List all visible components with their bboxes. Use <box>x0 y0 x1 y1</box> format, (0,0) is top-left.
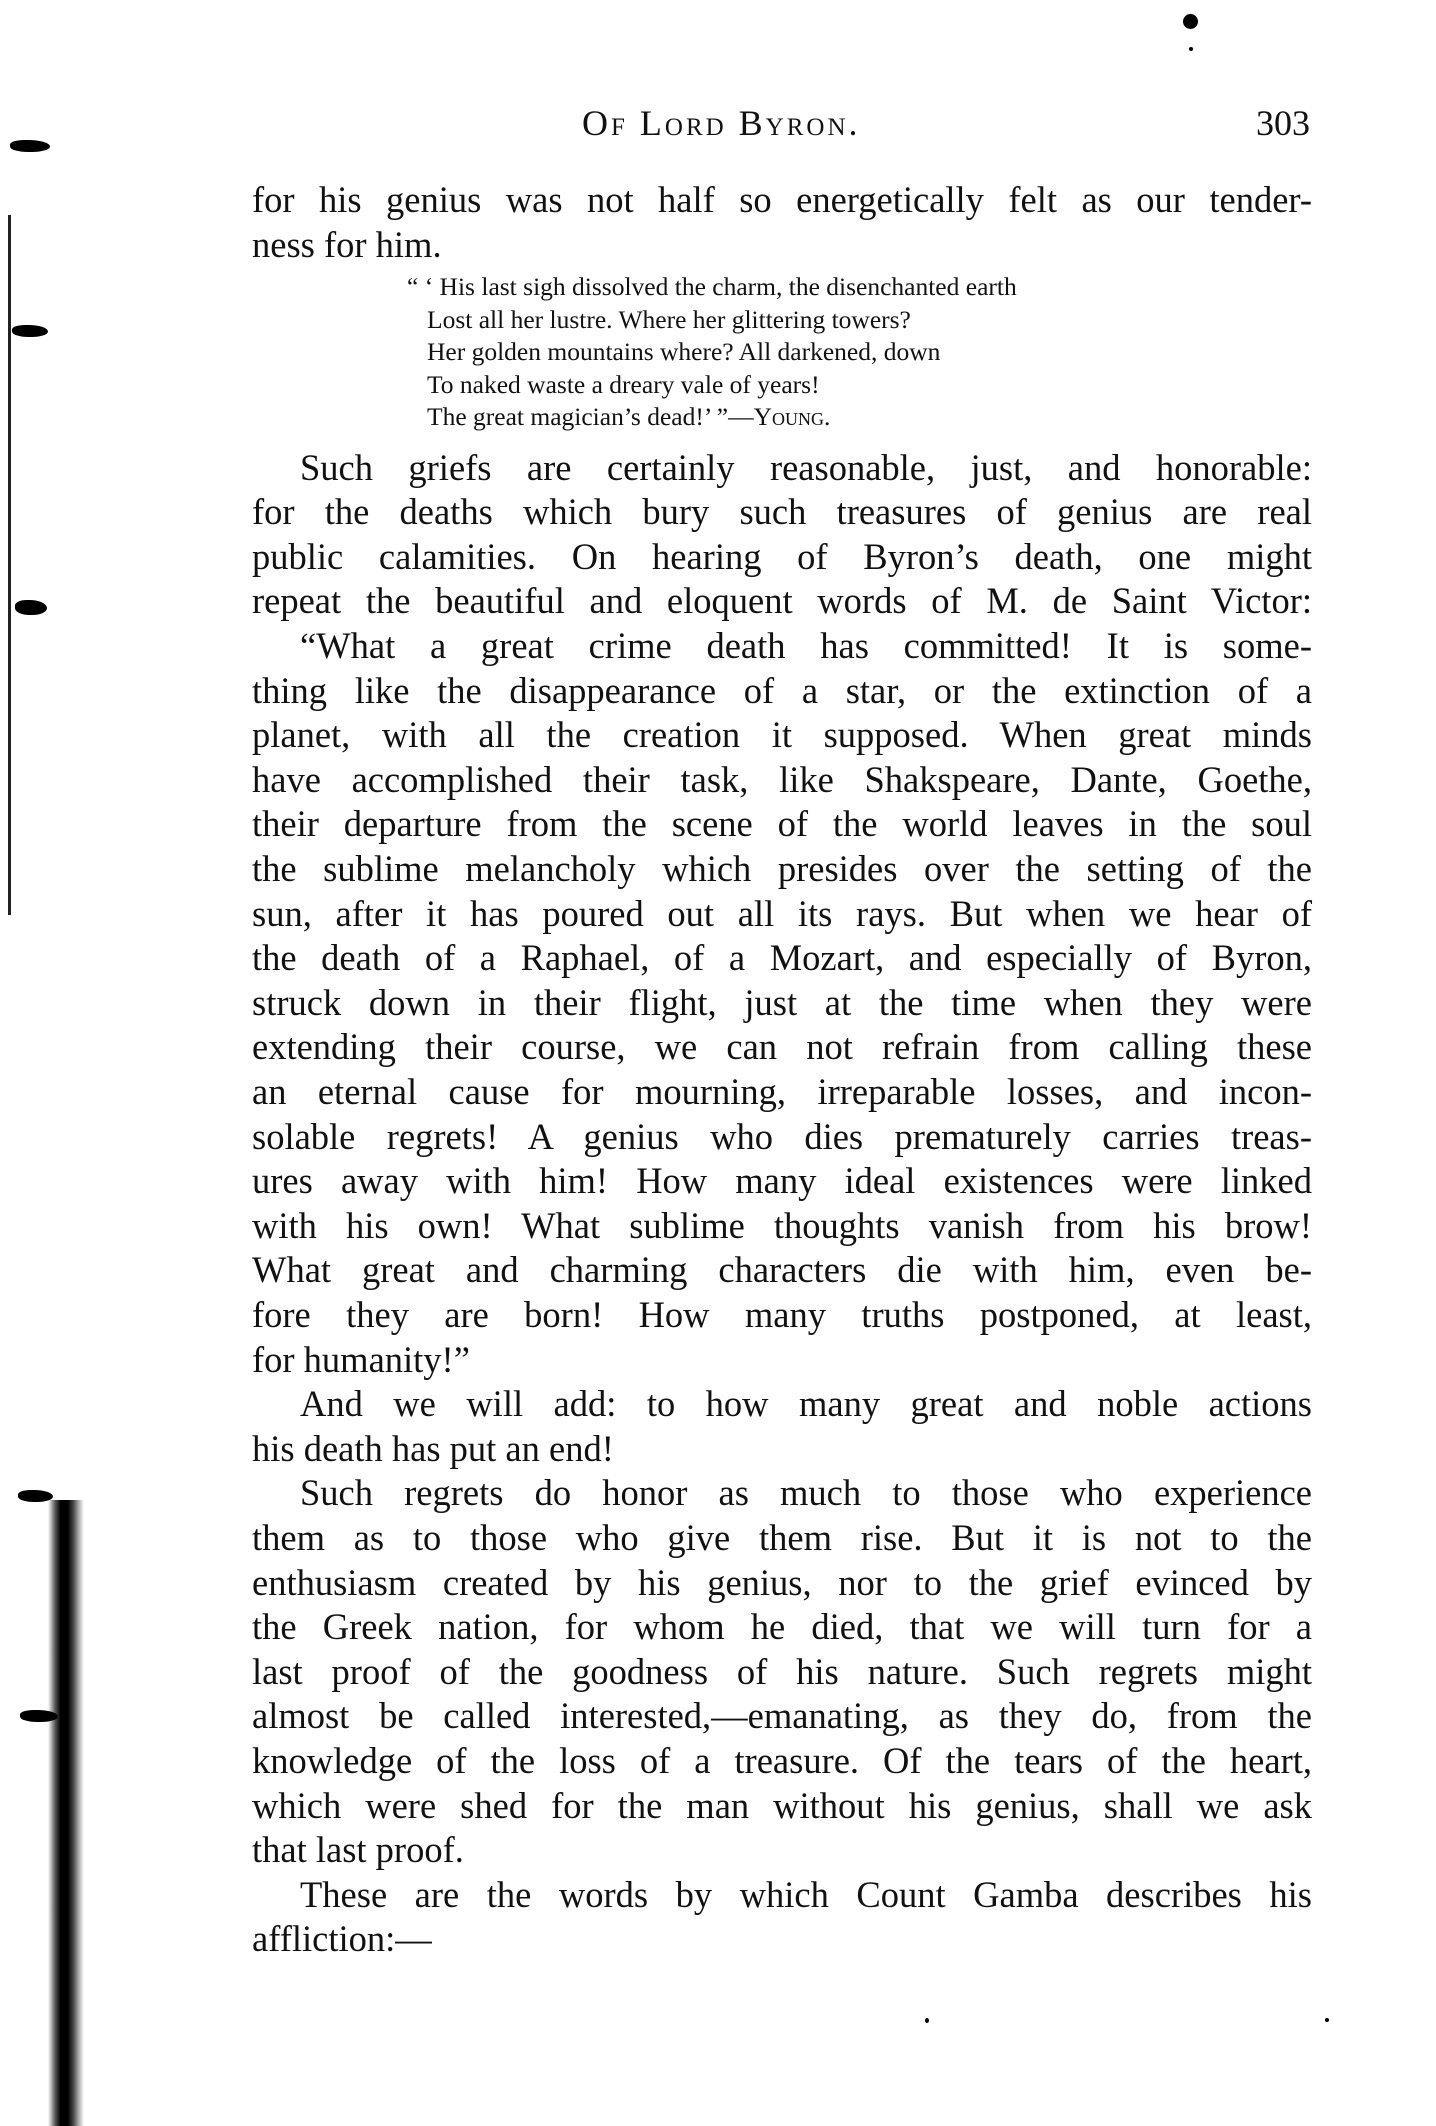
paragraph-2: Such griefs are certainly reasonable, ju… <box>252 446 1312 624</box>
text-line: that last proof. <box>252 1828 1312 1873</box>
text-line: thing like the disappearance of a star, … <box>252 669 1312 714</box>
book-page: Of Lord Byron. 303 for his genius was no… <box>0 0 1436 2126</box>
binding-edge-shadow <box>8 215 11 915</box>
text-line: them as to those who give them rise. But… <box>252 1516 1312 1561</box>
text-line: fore they are born! How many truths post… <box>252 1293 1312 1338</box>
body-text: for his genius was not half so energetic… <box>252 178 1312 1962</box>
text-line: planet, with all the creation it suppose… <box>252 713 1312 758</box>
paragraph-5: Such regrets do honor as much to those w… <box>252 1471 1312 1872</box>
text-line: sun, after it has poured out all its ray… <box>252 892 1312 937</box>
text-line: affliction:— <box>252 1917 1312 1962</box>
margin-tab-mark <box>10 140 50 152</box>
text-line: which were shed for the man without his … <box>252 1784 1312 1829</box>
page-number: 303 <box>1256 102 1310 144</box>
text-line: “What a great crime death has committed!… <box>252 624 1312 669</box>
text-line: the Greek nation, for whom he died, that… <box>252 1605 1312 1650</box>
text-line: struck down in their flight, just at the… <box>252 981 1312 1026</box>
text-line: have accomplished their task, like Shaks… <box>252 758 1312 803</box>
text-line: solable regrets! A genius who dies prema… <box>252 1115 1312 1160</box>
verse-line-text: The great magician’s dead!’ ”— <box>427 402 754 431</box>
text-line: repeat the beautiful and eloquent words … <box>252 579 1312 624</box>
margin-tab-mark <box>15 600 47 615</box>
paragraph-3-quotation: “What a great crime death has committed!… <box>252 624 1312 1382</box>
text-line: for humanity!” <box>252 1338 1312 1383</box>
text-line: the sublime melancholy which presides ov… <box>252 847 1312 892</box>
ink-speck <box>1189 47 1193 51</box>
verse-line: The great magician’s dead!’ ”—Young. <box>407 401 1312 434</box>
running-header: Of Lord Byron. 303 <box>250 102 1310 152</box>
text-line: Such regrets do honor as much to those w… <box>252 1471 1312 1516</box>
ink-speck <box>1183 14 1198 29</box>
text-line: ness for him. <box>252 223 1312 268</box>
text-line: an eternal cause for mourning, irreparab… <box>252 1070 1312 1115</box>
paragraph-4: And we will add: to how many great and n… <box>252 1382 1312 1471</box>
text-line: These are the words by which Count Gamba… <box>252 1873 1312 1918</box>
text-line: the death of a Raphael, of a Mozart, and… <box>252 936 1312 981</box>
margin-tab-mark <box>12 325 48 337</box>
binding-edge-shadow-bottom <box>48 1500 84 2126</box>
text-line: What great and charming characters die w… <box>252 1248 1312 1293</box>
text-line: And we will add: to how many great and n… <box>252 1382 1312 1427</box>
text-line: ures away with him! How many ideal exist… <box>252 1159 1312 1204</box>
verse-line: Lost all her lustre. Where her glitterin… <box>407 304 1312 337</box>
text-line: for his genius was not half so energetic… <box>252 178 1312 223</box>
text-line: with his own! What sublime thoughts vani… <box>252 1204 1312 1249</box>
paragraph-6: These are the words by which Count Gamba… <box>252 1873 1312 1962</box>
text-line: last proof of the goodness of his nature… <box>252 1650 1312 1695</box>
ink-speck <box>1325 2018 1329 2022</box>
paragraph-1: for his genius was not half so energetic… <box>252 178 1312 267</box>
text-line: for the deaths which bury such treasures… <box>252 490 1312 535</box>
text-line: his death has put an end! <box>252 1427 1312 1472</box>
verse-quotation: “ ‘ His last sigh dissolved the charm, t… <box>407 271 1312 434</box>
verse-line: Her golden mountains where? All darkened… <box>407 336 1312 369</box>
ink-speck <box>925 2018 929 2023</box>
verse-attribution: Young. <box>754 402 831 431</box>
verse-line: “ ‘ His last sigh dissolved the charm, t… <box>407 271 1312 304</box>
margin-tab-mark <box>20 1710 58 1722</box>
text-line: extending their course, we can not refra… <box>252 1025 1312 1070</box>
text-line: Such griefs are certainly reasonable, ju… <box>252 446 1312 491</box>
text-line: almost be called interested,—emanating, … <box>252 1694 1312 1739</box>
verse-line: To naked waste a dreary vale of years! <box>407 369 1312 402</box>
running-title: Of Lord Byron. <box>582 102 861 144</box>
text-line: public calamities. On hearing of Byron’s… <box>252 535 1312 580</box>
text-line: enthusiasm created by his genius, nor to… <box>252 1561 1312 1606</box>
text-line: knowledge of the loss of a treasure. Of … <box>252 1739 1312 1784</box>
text-line: their departure from the scene of the wo… <box>252 802 1312 847</box>
margin-tab-mark <box>18 1490 53 1502</box>
